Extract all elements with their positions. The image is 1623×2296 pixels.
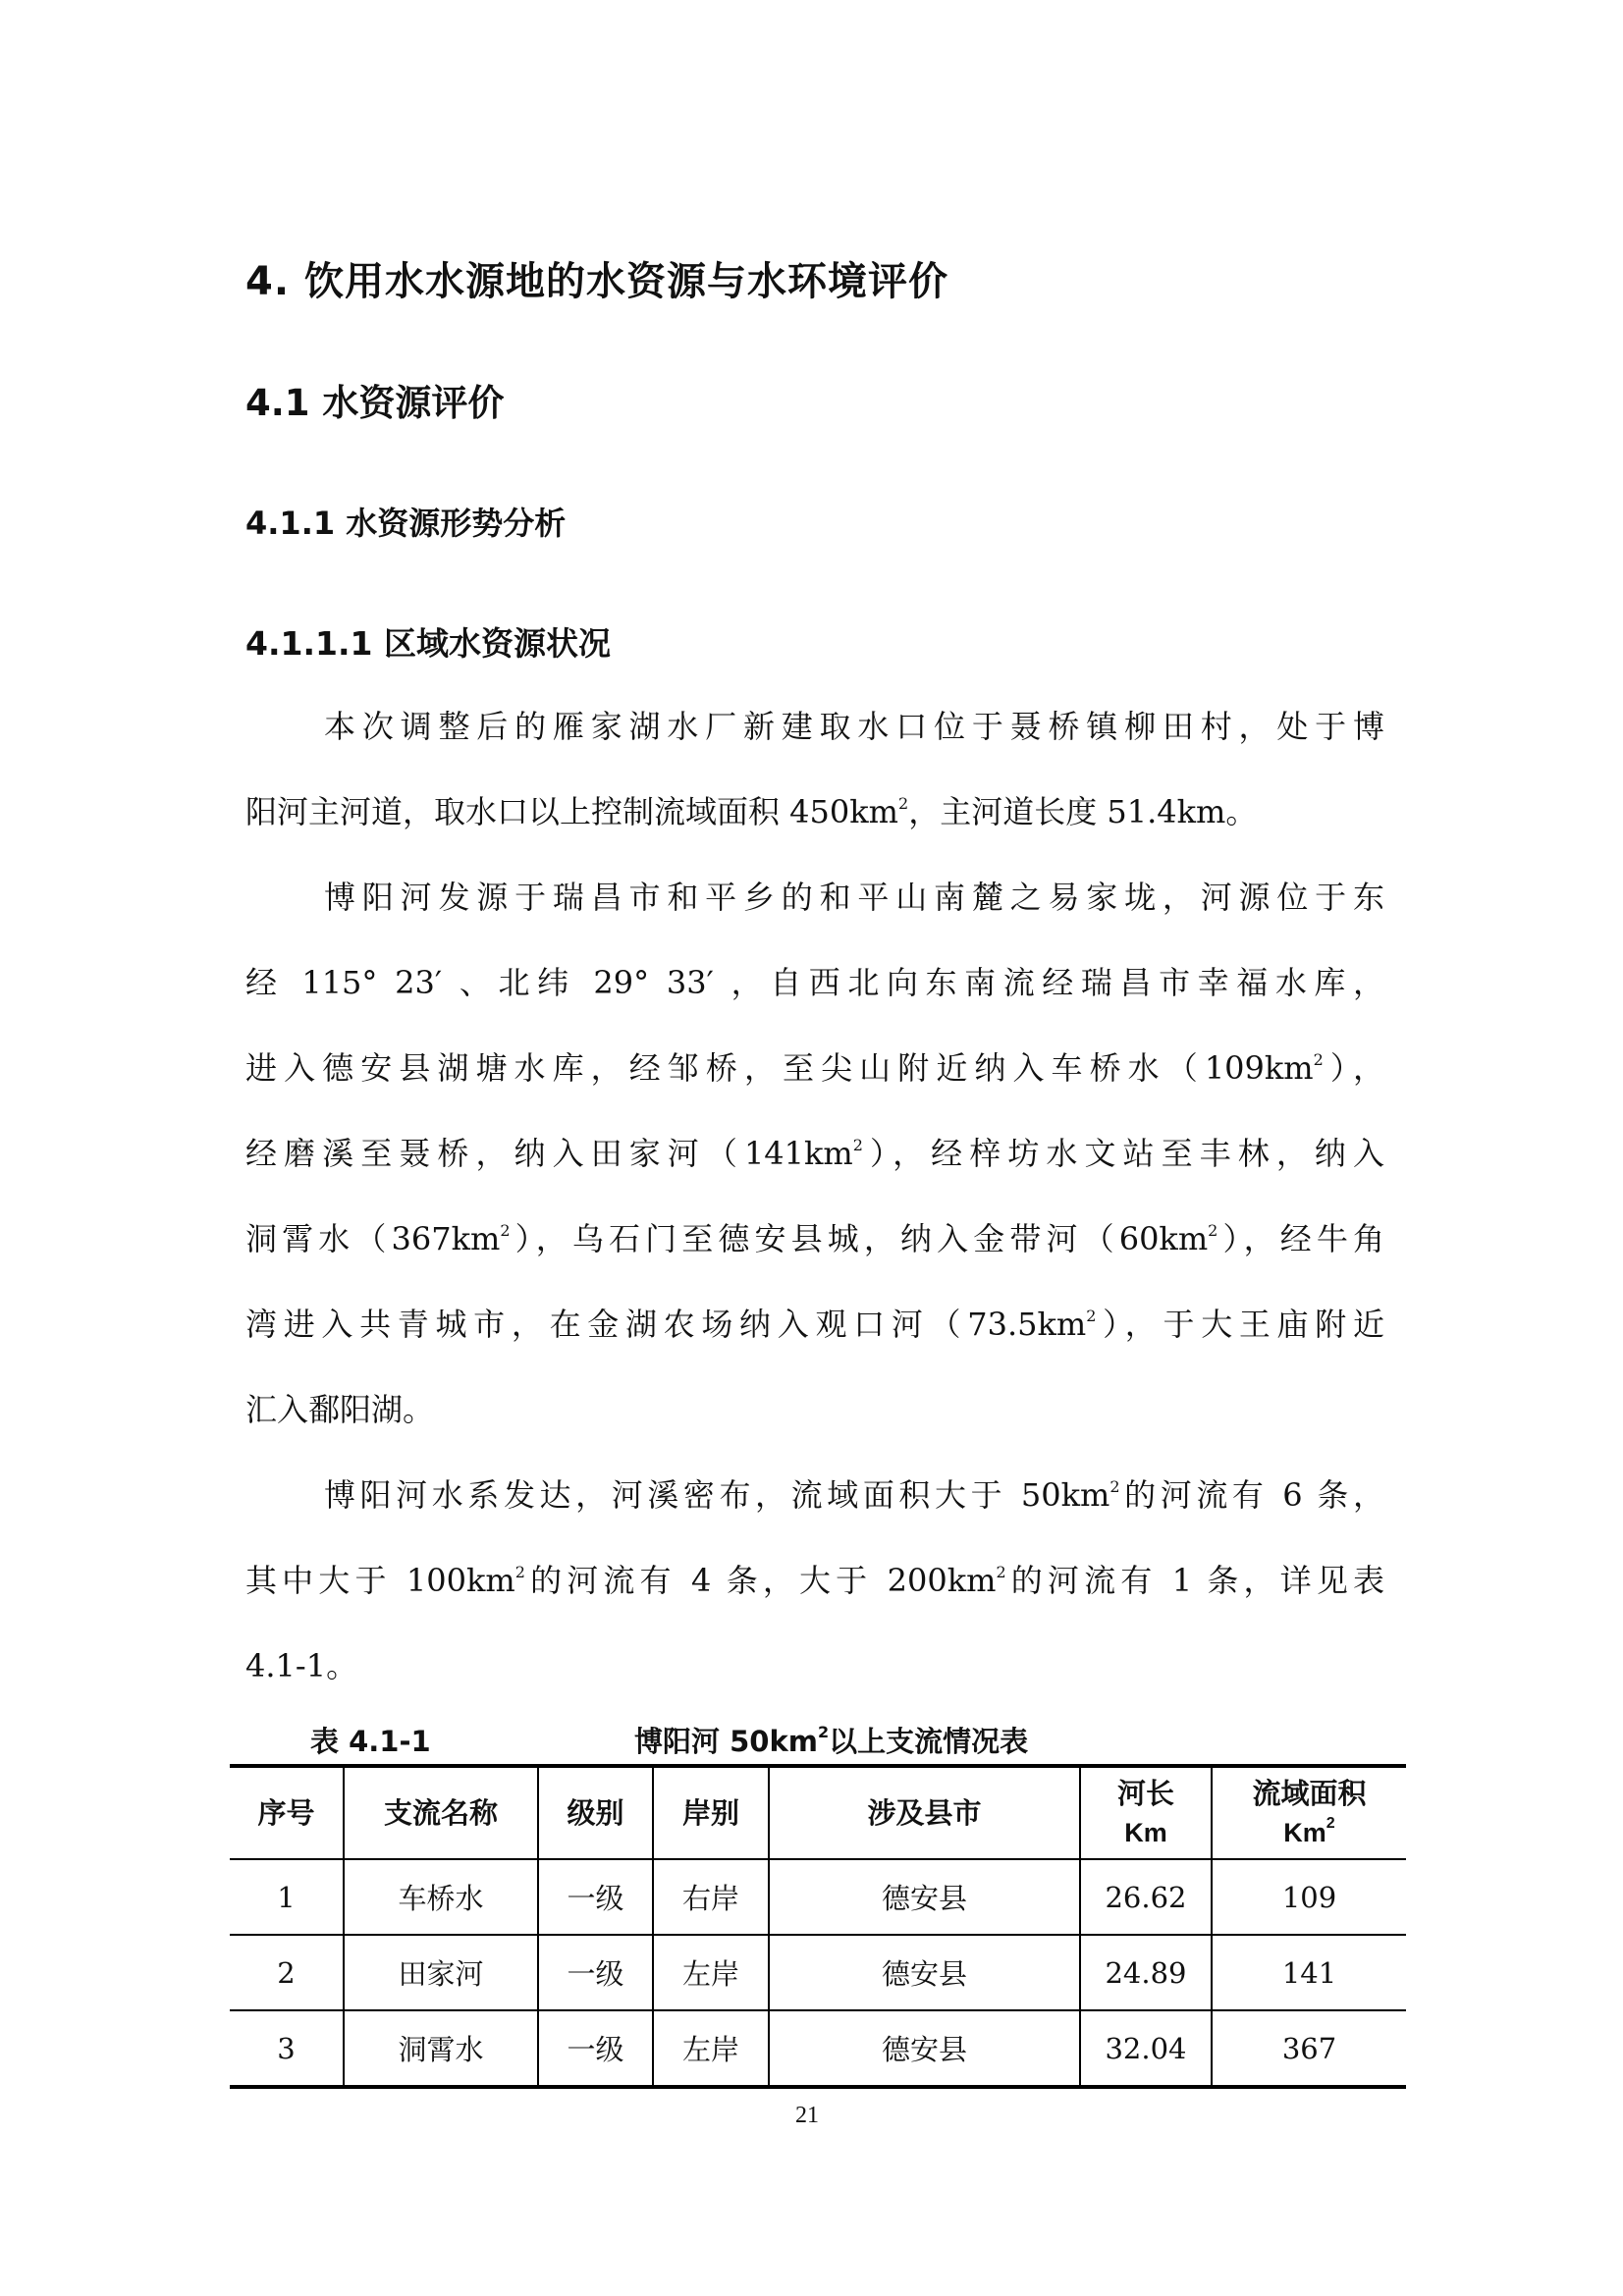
text-fragment: ），经牛角 [1217, 1220, 1384, 1257]
text-fragment: 的河流有 6 条， [1120, 1476, 1384, 1514]
cell-bank: 左岸 [653, 2010, 769, 2087]
header-index: 序号 [230, 1766, 344, 1859]
text-fragment: 的河流有 4 条，大于 200km [525, 1562, 997, 1599]
header-area: 流域面积Km2 [1212, 1766, 1406, 1859]
subsection-heading: 4.1.1 水资源形势分析 [245, 499, 566, 544]
superscript: 2 [515, 1563, 525, 1581]
header-length-unit: Km [1081, 1813, 1211, 1852]
subsubsection-heading: 4.1.1.1 区域水资源状况 [245, 618, 611, 665]
superscript: 2 [1086, 1307, 1096, 1325]
text-line: 阳河主河道，取水口以上控制流域面积 450km2，主河道长度 51.4km。 [245, 770, 1384, 855]
superscript: 2 [853, 1136, 863, 1154]
cell-area: 109 [1212, 1859, 1406, 1935]
text-fragment: 以上支流情况表 [829, 1725, 1028, 1758]
table-caption-title: 博阳河 50km2以上支流情况表 [634, 1720, 1028, 1760]
text-fragment: 进入德安县湖塘水库，经邹桥，至尖山附近纳入车桥水（109km [245, 1049, 1314, 1087]
text-line: 进入德安县湖塘水库，经邹桥，至尖山附近纳入车桥水（109km2）， [245, 1026, 1384, 1111]
text-fragment: 其中大于 100km [245, 1562, 515, 1599]
header-length-label: 河长 [1117, 1777, 1174, 1810]
header-bank: 岸别 [653, 1766, 769, 1859]
text-fragment: 洞霄水（367km [245, 1220, 500, 1257]
section-heading: 4.1 水资源评价 [245, 373, 504, 426]
text-line: 其中大于 100km2的河流有 4 条，大于 200km2的河流有 1 条，详见… [245, 1538, 1384, 1624]
superscript: 2 [898, 794, 908, 813]
text-line: 洞霄水（367km2），乌石门至德安县城，纳入金带河（60km2），经牛角 [245, 1197, 1384, 1282]
text-fragment: 湾进入共青城市，在金湖农场纳入观口河（73.5km [245, 1306, 1086, 1343]
page-number: 21 [795, 2103, 819, 2129]
cell-length: 24.89 [1080, 1935, 1212, 2010]
cell-bank: 右岸 [653, 1859, 769, 1935]
text-line: 经磨溪至聂桥，纳入田家河（141km2），经梓坊水文站至丰林，纳入 [245, 1111, 1384, 1197]
cell-bank: 左岸 [653, 1935, 769, 2010]
cell-county: 德安县 [769, 2010, 1080, 2087]
text-fragment: 博阳河 50km [634, 1725, 818, 1758]
cell-area: 367 [1212, 2010, 1406, 2087]
tributaries-table: 序号 支流名称 级别 岸别 涉及县市 河长Km 流域面积Km2 1 车桥水 一级… [230, 1764, 1406, 2089]
header-name: 支流名称 [344, 1766, 538, 1859]
table-row: 3 洞霄水 一级 左岸 德安县 32.04 367 [230, 2010, 1406, 2087]
superscript: 2 [1109, 1477, 1119, 1496]
cell-index: 1 [230, 1859, 344, 1935]
text-fragment: ），乌石门至德安县城，纳入金带河（60km [511, 1220, 1209, 1257]
superscript: 2 [1314, 1050, 1324, 1069]
cell-county: 德安县 [769, 1935, 1080, 2010]
text-line: 博阳河水系发达，河溪密布，流域面积大于 50km2的河流有 6 条， [245, 1453, 1384, 1538]
text-fragment: 经磨溪至聂桥，纳入田家河（141km [245, 1135, 853, 1172]
cell-index: 2 [230, 1935, 344, 2010]
cell-name: 洞霄水 [344, 2010, 538, 2087]
text-line: 本次调整后的雁家湖水厂新建取水口位于聂桥镇柳田村，处于博 [245, 684, 1384, 770]
header-county: 涉及县市 [769, 1766, 1080, 1859]
cell-level: 一级 [538, 2010, 653, 2087]
text-line: 博阳河发源于瑞昌市和平乡的和平山南麓之易家垅，河源位于东 [245, 855, 1384, 940]
header-level: 级别 [538, 1766, 653, 1859]
paragraph-intake-location: 本次调整后的雁家湖水厂新建取水口位于聂桥镇柳田村，处于博 阳河主河道，取水口以上… [245, 684, 1384, 855]
cell-name: 田家河 [344, 1935, 538, 2010]
text-line: 湾进入共青城市，在金湖农场纳入观口河（73.5km2），于大王庙附近 [245, 1282, 1384, 1367]
text-fragment: ），于大王庙附近 [1096, 1306, 1384, 1343]
cell-level: 一级 [538, 1859, 653, 1935]
cell-length: 26.62 [1080, 1859, 1212, 1935]
paragraph-river-system: 博阳河水系发达，河溪密布，流域面积大于 50km2的河流有 6 条， 其中大于 … [245, 1453, 1384, 1709]
cell-index: 3 [230, 2010, 344, 2087]
text-line: 经 115° 23′ 、北纬 29° 33′ ，自西北向东南流经瑞昌市幸福水库， [245, 940, 1384, 1026]
cell-level: 一级 [538, 1935, 653, 2010]
superscript: 2 [1326, 1815, 1335, 1832]
superscript: 2 [1208, 1221, 1217, 1240]
text-line: 4.1-1。 [245, 1624, 1384, 1709]
cell-name: 车桥水 [344, 1859, 538, 1935]
header-length: 河长Km [1080, 1766, 1212, 1859]
table-caption-number: 表 4.1-1 [310, 1720, 431, 1760]
text-line: 汇入鄱阳湖。 [245, 1367, 1384, 1453]
text-fragment: 博阳河水系发达，河溪密布，流域面积大于 50km [324, 1476, 1109, 1514]
chapter-heading: 4. 饮用水水源地的水资源与水环境评价 [245, 250, 948, 306]
header-area-unit: Km2 [1213, 1813, 1406, 1852]
superscript: 2 [996, 1563, 1005, 1581]
text-fragment: Km [1283, 1818, 1326, 1847]
superscript: 2 [500, 1221, 510, 1240]
cell-length: 32.04 [1080, 2010, 1212, 2087]
header-area-label: 流域面积 [1252, 1777, 1366, 1810]
table-row: 1 车桥水 一级 右岸 德安县 26.62 109 [230, 1859, 1406, 1935]
text-fragment: ）， [1324, 1049, 1384, 1087]
text-fragment: ），经梓坊水文站至丰林，纳入 [863, 1135, 1384, 1172]
text-fragment: ，主河道长度 51.4km。 [908, 793, 1257, 830]
paragraph-river-course: 博阳河发源于瑞昌市和平乡的和平山南麓之易家垅，河源位于东 经 115° 23′ … [245, 855, 1384, 1453]
text-fragment: 阳河主河道，取水口以上控制流域面积 450km [245, 793, 898, 830]
superscript: 2 [818, 1723, 829, 1741]
table-row: 2 田家河 一级 左岸 德安县 24.89 141 [230, 1935, 1406, 2010]
cell-county: 德安县 [769, 1859, 1080, 1935]
table-header-row: 序号 支流名称 级别 岸别 涉及县市 河长Km 流域面积Km2 [230, 1766, 1406, 1859]
cell-area: 141 [1212, 1935, 1406, 2010]
text-fragment: 的河流有 1 条，详见表 [1006, 1562, 1384, 1599]
